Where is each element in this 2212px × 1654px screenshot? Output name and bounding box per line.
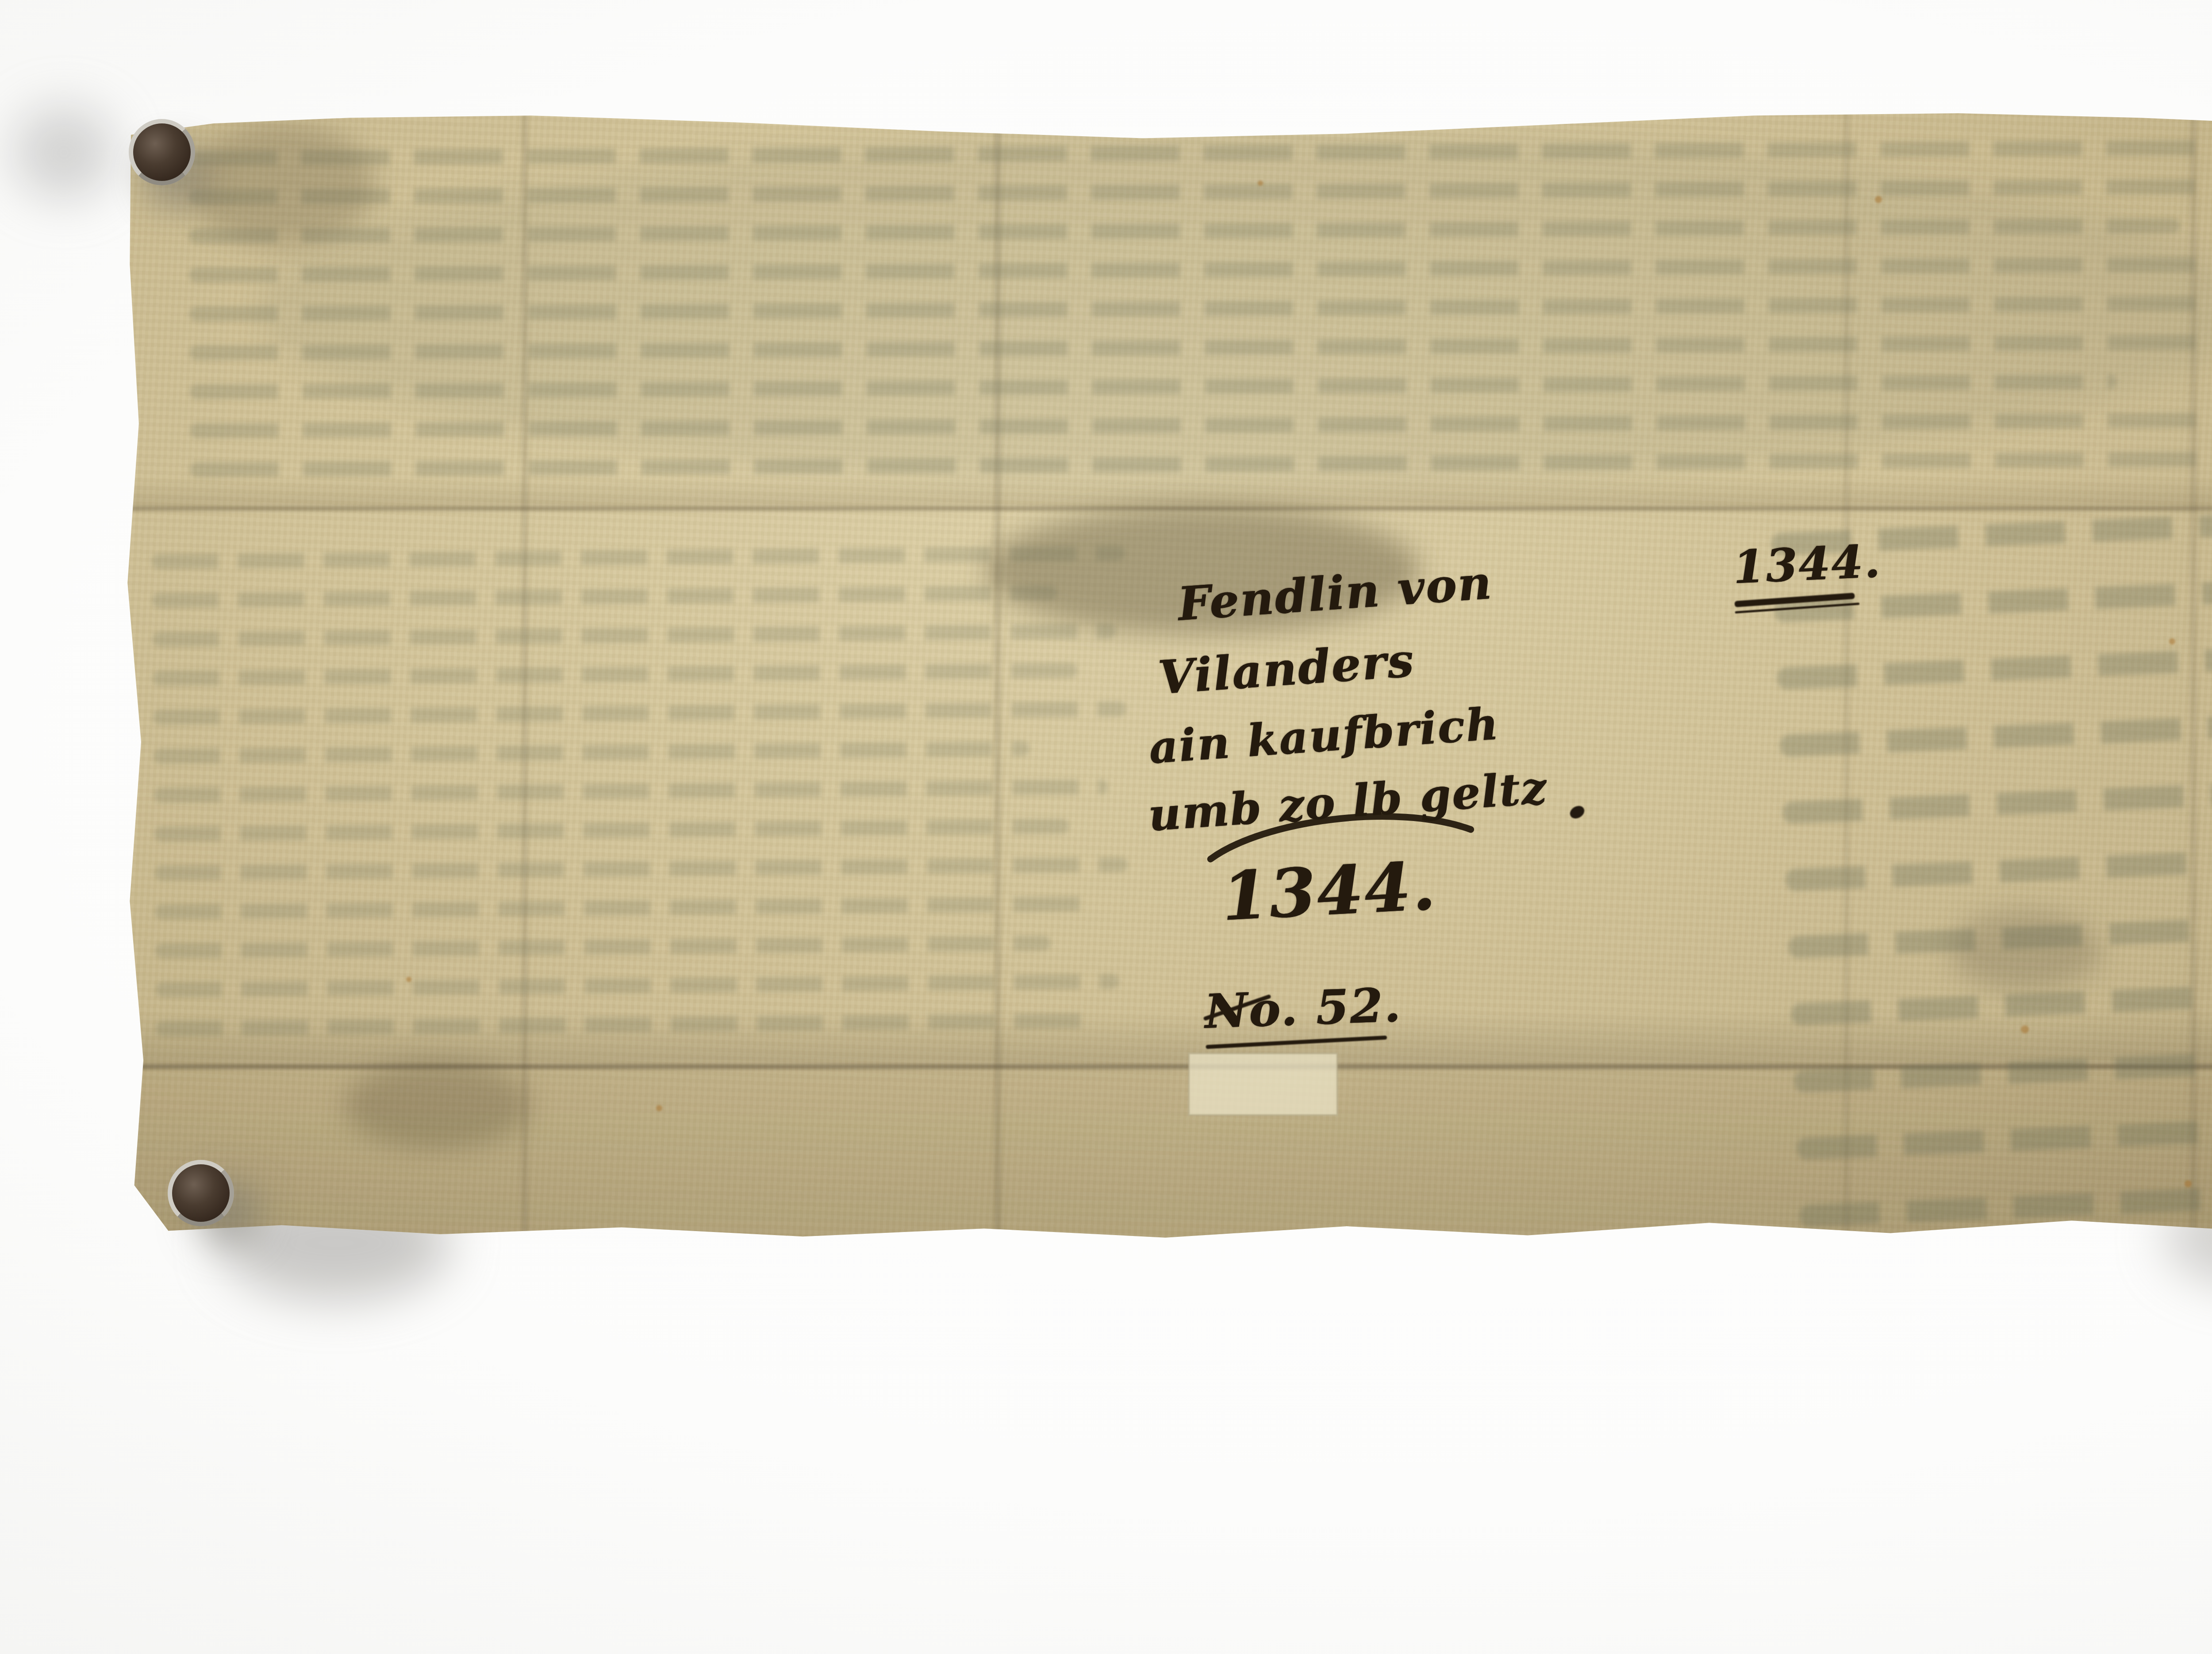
foxing-spot — [1875, 196, 1882, 203]
ghost-text-line — [153, 624, 1116, 647]
ghost-text-line — [189, 218, 2180, 244]
foxing-spot — [656, 1105, 662, 1111]
ghost-text-line — [1782, 781, 2212, 824]
paperweight-top-left — [129, 119, 195, 185]
ghost-text-line — [189, 296, 2212, 322]
ghost-text-line — [188, 178, 2212, 204]
archive-number-annotation: No. 52. — [1204, 977, 1403, 1047]
year-value: 1344. — [1220, 844, 1490, 936]
shadow-top-left — [13, 106, 115, 199]
foxing-spot — [2169, 638, 2175, 645]
ghost-text-block-3 — [1771, 510, 2212, 1272]
ghost-text-line — [156, 1013, 1100, 1036]
foxing-spot — [1258, 180, 1263, 186]
ghost-text-block-1 — [188, 139, 2212, 501]
archival-title-handwriting: Fendlin von Vilanders ain kaufbrich umb … — [1145, 552, 1549, 840]
parchment-document: Fendlin von Vilanders ain kaufbrich umb … — [123, 105, 2212, 1242]
year-annotation-center: 1344. — [1202, 804, 1490, 936]
paperweight-bottom-left — [168, 1160, 234, 1226]
ghost-text-line — [190, 412, 2212, 438]
ghost-text-line — [1797, 1116, 2212, 1160]
ghost-text-line — [155, 896, 1089, 919]
ghost-text-line — [189, 334, 2212, 360]
ghost-text-line — [153, 701, 1126, 725]
fold-crease-horizontal-upper — [123, 504, 2212, 512]
ghost-text-line — [155, 974, 1119, 998]
ghost-text-line — [189, 257, 2212, 283]
year-top-text: 1344. — [1732, 535, 1882, 594]
ghost-text-line — [190, 374, 2117, 399]
ghost-text-line — [154, 819, 1069, 842]
photo-stage: Fendlin von Vilanders ain kaufbrich umb … — [0, 0, 2212, 1654]
ghost-text-line — [1788, 914, 2212, 958]
foxing-spot — [2185, 1180, 2192, 1187]
ghost-text-line — [154, 741, 1029, 764]
ghost-text-line — [1793, 1048, 2212, 1093]
title-line: Vilanders — [1156, 624, 1540, 705]
ghost-text-line — [190, 452, 2203, 477]
ghost-text-line — [154, 857, 1128, 880]
title-line: ain kaufbrich — [1147, 694, 1544, 774]
foxing-spot — [406, 977, 411, 982]
ghost-text-line — [155, 936, 1051, 959]
foxing-spot — [2021, 1025, 2029, 1033]
ghost-text-line — [1785, 846, 2212, 891]
year-annotation-top: 1344. — [1732, 535, 1883, 612]
ghost-text-line — [1780, 711, 2212, 757]
ghost-text-line — [152, 585, 1057, 608]
ghost-text-line — [1777, 645, 2212, 690]
ghost-text-line — [153, 663, 1077, 686]
erased-label-patch — [1188, 1053, 1338, 1116]
ghost-text-line — [1799, 1182, 2212, 1227]
ghost-text-line — [1791, 980, 2212, 1026]
ghost-text-block-2 — [152, 545, 1129, 1060]
ghost-text-line — [154, 779, 1108, 803]
